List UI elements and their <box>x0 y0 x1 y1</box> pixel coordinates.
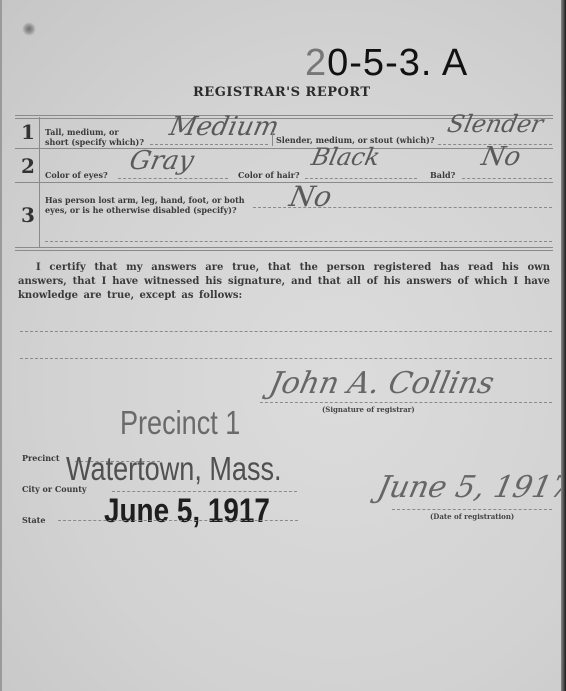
height-build-separator <box>272 132 273 146</box>
right-edge-shadow <box>561 0 566 691</box>
height-label: Tall, medium, or short (specify which)? <box>45 127 144 147</box>
state-stamp: June 5, 1917 <box>104 492 270 531</box>
serial-number-faded-digit: 2 <box>305 42 327 84</box>
eye-color-label: Color of eyes? <box>45 170 108 180</box>
bald-answer-line <box>462 178 552 179</box>
serial-number: 20-5-3. A <box>305 42 468 85</box>
height-label-line2: short (specify which)? <box>45 137 144 147</box>
exceptions-line-2 <box>20 358 552 359</box>
city-stamp: Watertown, Mass. <box>66 450 282 488</box>
bald-label: Bald? <box>430 170 455 180</box>
left-edge-shadow <box>0 0 2 691</box>
registration-date-line <box>392 509 552 510</box>
disability-label-line1: Has person lost arm, leg, hand, foot, or… <box>45 195 245 205</box>
document-page: 20-5-3. A REGISTRAR'S REPORT 1 Tall, med… <box>0 0 562 691</box>
precinct-label: Precinct <box>22 453 60 463</box>
row-divider-2 <box>15 182 553 183</box>
report-title: REGISTRAR'S REPORT <box>193 85 371 100</box>
state-line <box>58 520 298 521</box>
build-answer: Slender <box>445 110 546 138</box>
hair-color-label: Color of hair? <box>238 170 300 180</box>
disability-label: Has person lost arm, leg, hand, foot, or… <box>45 195 245 215</box>
row-number-1: 1 <box>16 120 40 144</box>
serial-number-text: 0-5-3. A <box>327 42 468 84</box>
signature-line <box>260 402 552 403</box>
bald-answer: No <box>479 142 524 172</box>
ink-smudge <box>22 22 36 36</box>
registrar-signature: John A. Collins <box>266 366 497 401</box>
hair-color-answer-line <box>305 178 417 179</box>
city-label: City or County <box>22 484 87 494</box>
height-answer-line <box>150 144 268 145</box>
disability-answer-line-2 <box>45 241 552 242</box>
registration-date-caption: (Date of registration) <box>430 512 514 521</box>
row-number-2: 2 <box>16 154 40 178</box>
eye-color-answer: Gray <box>127 146 197 176</box>
registration-date: June 5, 1917 <box>374 470 566 505</box>
hair-color-answer: Black <box>309 143 383 171</box>
disability-answer: No <box>286 180 334 213</box>
disability-label-line2: eyes, or is he otherwise disabled (speci… <box>45 205 245 215</box>
precinct-stamp: Precinct 1 <box>120 404 240 442</box>
height-answer: Medium <box>167 112 282 142</box>
signature-caption: (Signature of registrar) <box>322 405 415 414</box>
exceptions-line-1 <box>20 331 552 332</box>
eye-color-answer-line <box>118 178 228 179</box>
row-divider-1 <box>15 148 553 149</box>
table-bottom-border <box>15 247 553 251</box>
certification-text: I certify that my answers are true, that… <box>18 261 550 303</box>
state-label: State <box>22 515 45 525</box>
row-number-3: 3 <box>16 203 40 227</box>
height-label-line1: Tall, medium, or <box>45 127 144 137</box>
